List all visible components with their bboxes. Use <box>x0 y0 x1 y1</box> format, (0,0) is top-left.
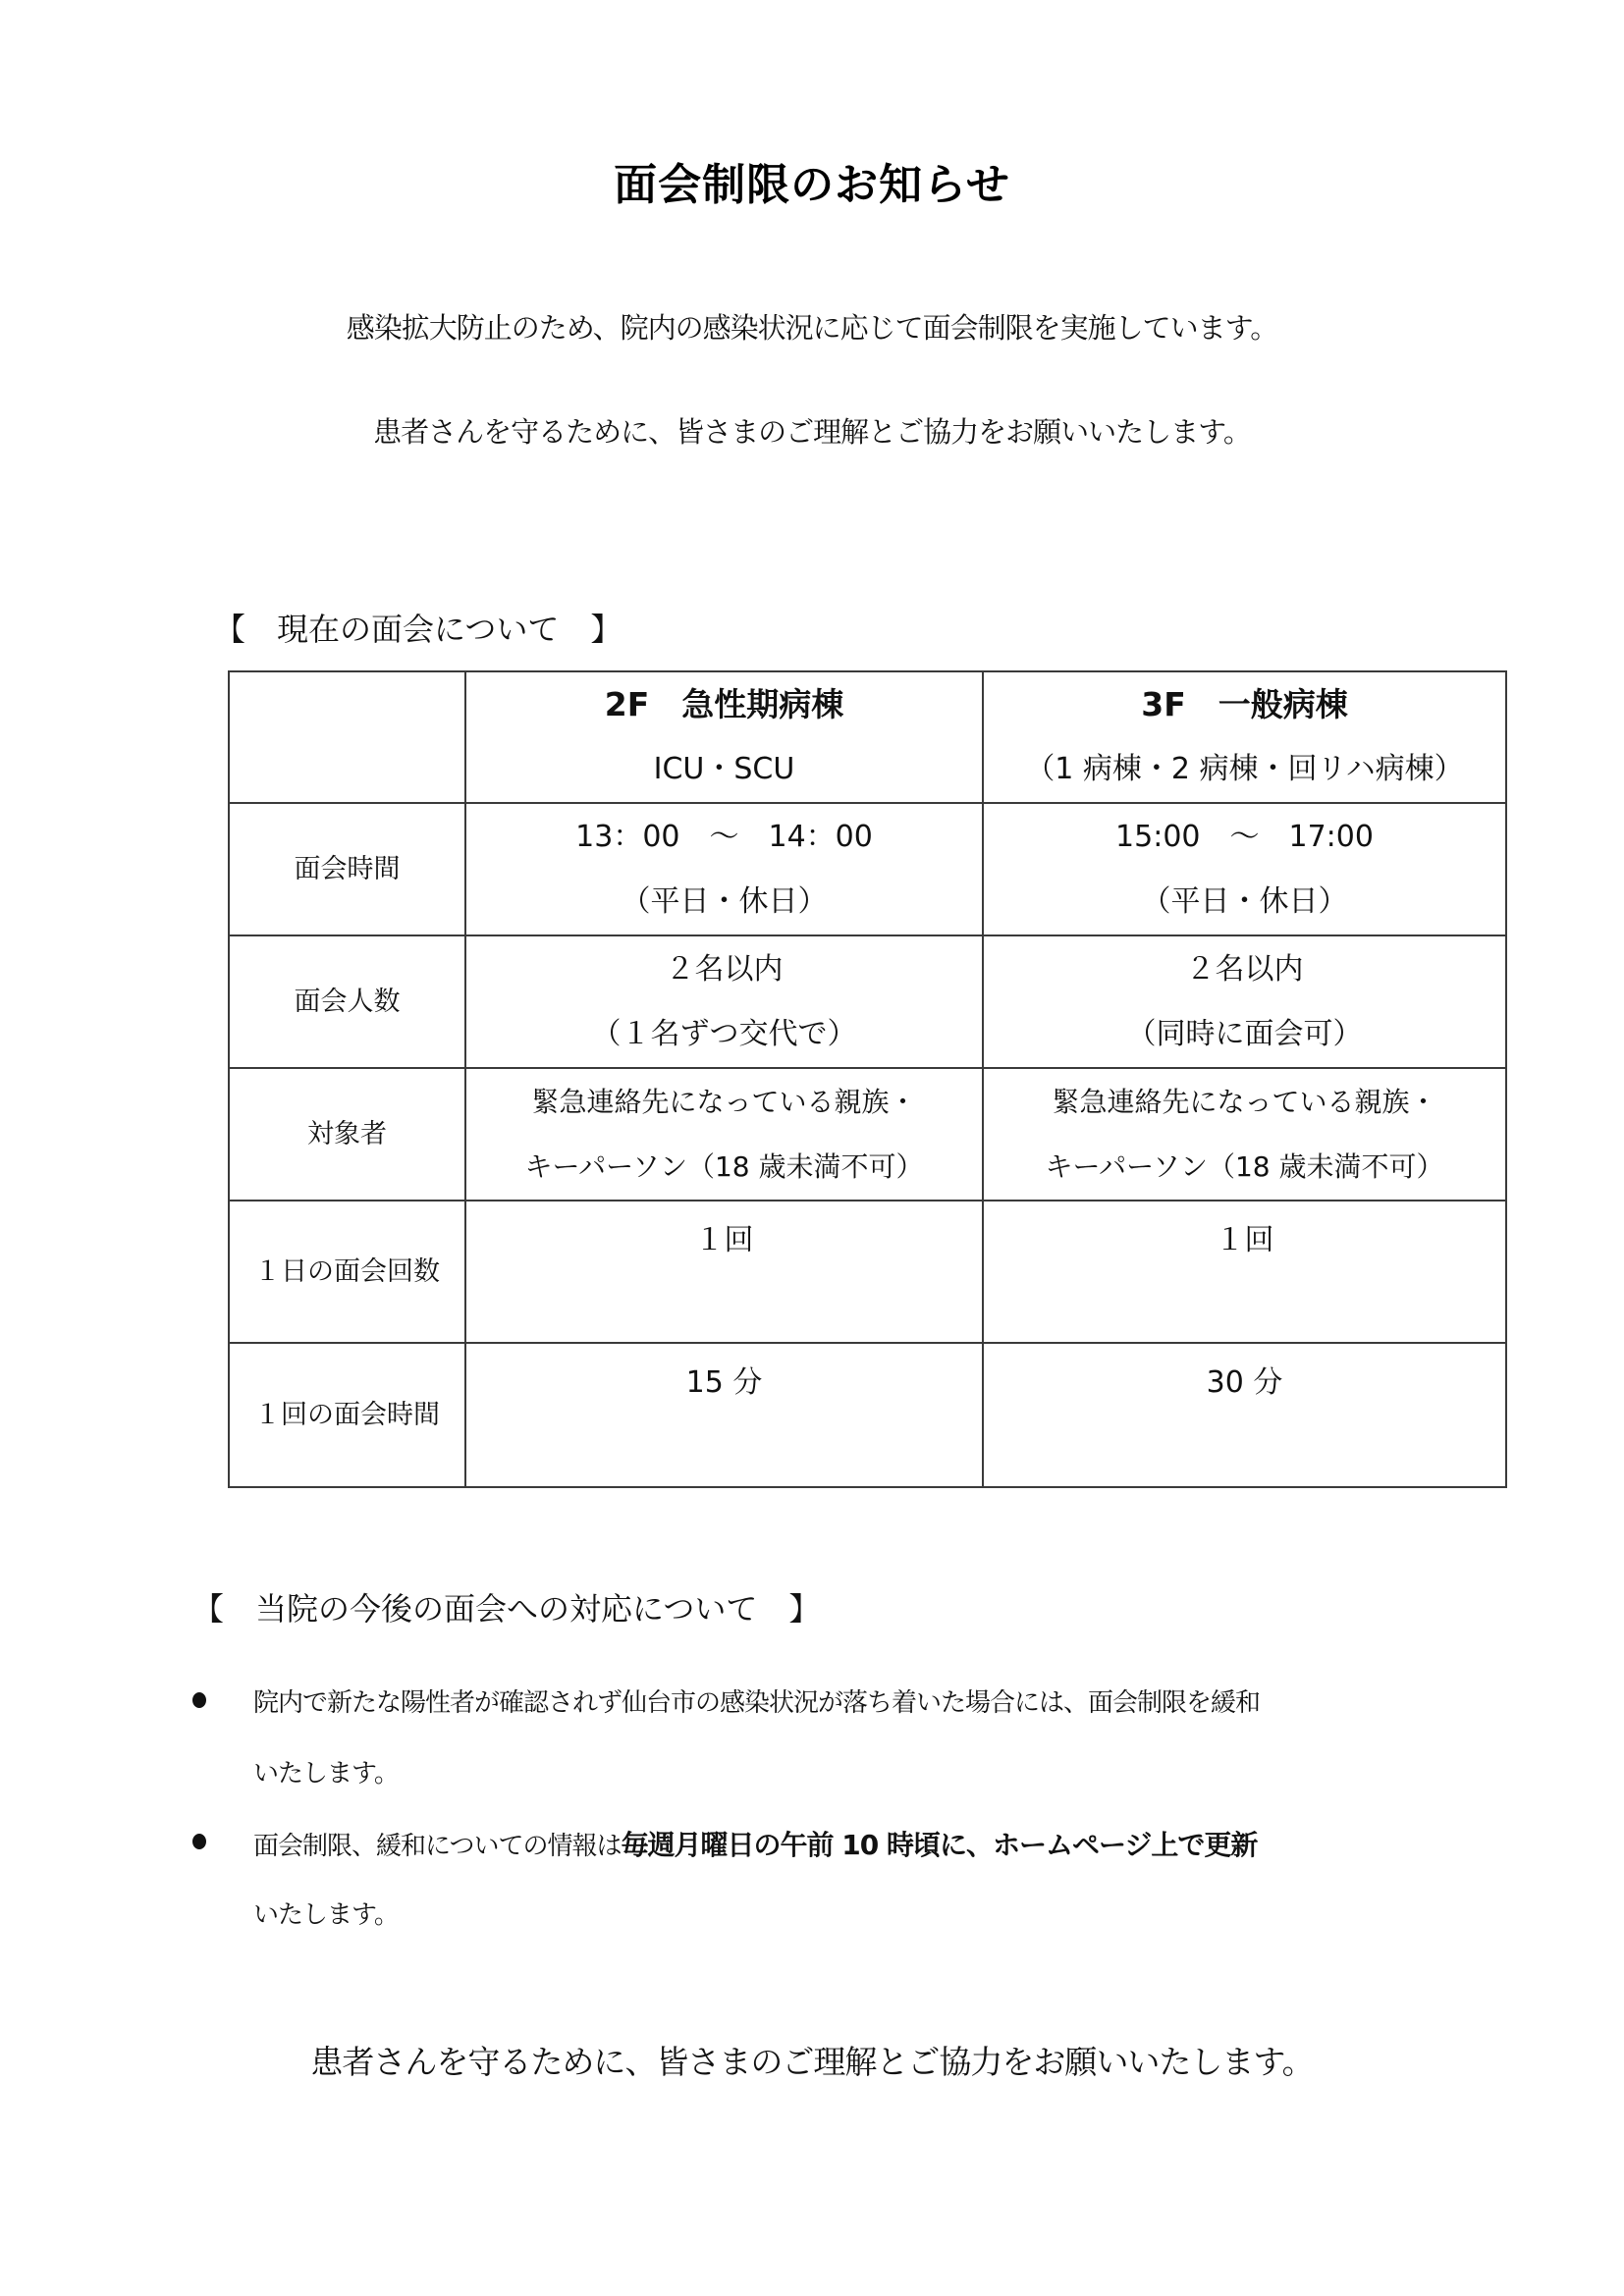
table-cell: 15 分 <box>465 1343 983 1487</box>
table-cell: ２名以内 （同時に面会可） <box>983 935 1506 1068</box>
table-cell: １回 <box>983 1201 1506 1343</box>
column-subtitle: ICU・SCU <box>466 737 982 802</box>
column-title: 3F 一般病棟 <box>984 672 1505 737</box>
table-cell: ２名以内 （１名ずつ交代で） <box>465 935 983 1068</box>
table-row: 面会人数 ２名以内 （１名ずつ交代で） ２名以内 （同時に面会可） <box>229 935 1506 1068</box>
column-subtitle: （1 病棟・2 病棟・回リハ病棟） <box>984 737 1505 802</box>
cell-line: １回 <box>466 1221 982 1260</box>
bullet-line-2: いたします。 <box>253 1895 399 1931</box>
row-label: １日の面会回数 <box>229 1201 465 1343</box>
current-visits-heading: 【 現在の面会について 】 <box>214 605 622 650</box>
policy-bullet: 面会制限、緩和についての情報は毎週月曜日の午前 10 時頃に、ホームページ上で更… <box>192 1824 1469 1942</box>
page-title: 面会制限のお知らせ <box>0 149 1624 212</box>
table-cell: 緊急連絡先になっている親族・ キーパーソン（18 歳未満不可） <box>983 1068 1506 1201</box>
cell-line: ２名以内 <box>466 937 982 1002</box>
table-corner-cell <box>229 671 465 803</box>
row-label: １回の面会時間 <box>229 1343 465 1487</box>
table-row: １日の面会回数 １回 １回 <box>229 1201 1506 1343</box>
bullet-line-2: いたします。 <box>253 1753 399 1789</box>
intro-line-1: 感染拡大防止のため、院内の感染状況に応じて面会制限を実施しています。 <box>0 306 1624 347</box>
table-cell: 緊急連絡先になっている親族・ キーパーソン（18 歳未満不可） <box>465 1068 983 1201</box>
cell-line: 13：00 ～ 14：00 <box>466 805 982 870</box>
cell-line: （同時に面会可） <box>984 1002 1505 1067</box>
column-header-3f: 3F 一般病棟 （1 病棟・2 病棟・回リハ病棟） <box>983 671 1506 803</box>
table-cell: 13：00 ～ 14：00 （平日・休日） <box>465 803 983 935</box>
intro-line-2: 患者さんを守るために、皆さまのご理解とご協力をお願いいたします。 <box>0 410 1624 451</box>
cell-line: （平日・休日） <box>984 870 1505 934</box>
column-header-2f: 2F 急性期病棟 ICU・SCU <box>465 671 983 803</box>
row-label: 対象者 <box>229 1068 465 1201</box>
table-header-row: 2F 急性期病棟 ICU・SCU 3F 一般病棟 （1 病棟・2 病棟・回リハ病… <box>229 671 1506 803</box>
cell-line: キーパーソン（18 歳未満不可） <box>984 1135 1505 1200</box>
table-row: 面会時間 13：00 ～ 14：00 （平日・休日） 15:00 ～ 17:00… <box>229 803 1506 935</box>
policy-bullet: 院内で新たな陽性者が確認されず仙台市の感染状況が落ち着いた場合には、面会制限を緩… <box>192 1682 1469 1800</box>
cell-line: （平日・休日） <box>466 870 982 934</box>
cell-line: （１名ずつ交代で） <box>466 1002 982 1067</box>
table-cell: 15:00 ～ 17:00 （平日・休日） <box>983 803 1506 935</box>
table-cell: １回 <box>465 1201 983 1343</box>
table-row: 対象者 緊急連絡先になっている親族・ キーパーソン（18 歳未満不可） 緊急連絡… <box>229 1068 1506 1201</box>
bullet-icon <box>192 1834 206 1849</box>
bullet-line-1: 院内で新たな陽性者が確認されず仙台市の感染状況が落ち着いた場合には、面会制限を緩… <box>253 1682 1260 1719</box>
policy-heading: 【 当院の今後の面会への対応について 】 <box>192 1584 820 1629</box>
table-row: １回の面会時間 15 分 30 分 <box>229 1343 1506 1487</box>
cell-line: 緊急連絡先になっている親族・ <box>984 1070 1505 1135</box>
column-title: 2F 急性期病棟 <box>466 672 982 737</box>
closing-message: 患者さんを守るために、皆さまのご理解とご協力をお願いいたします。 <box>0 2037 1624 2083</box>
cell-line: 15:00 ～ 17:00 <box>984 805 1505 870</box>
bullet-icon <box>192 1692 206 1708</box>
table-cell: 30 分 <box>983 1343 1506 1487</box>
bullet-line-1: 面会制限、緩和についての情報は毎週月曜日の午前 10 時頃に、ホームページ上で更… <box>253 1824 1257 1863</box>
cell-line: ２名以内 <box>984 937 1505 1002</box>
row-label: 面会人数 <box>229 935 465 1068</box>
cell-line: 15 分 <box>466 1363 982 1403</box>
cell-line: 30 分 <box>984 1363 1505 1403</box>
cell-line: キーパーソン（18 歳未満不可） <box>466 1135 982 1200</box>
cell-line: 緊急連絡先になっている親族・ <box>466 1070 982 1135</box>
visitation-table: 2F 急性期病棟 ICU・SCU 3F 一般病棟 （1 病棟・2 病棟・回リハ病… <box>228 670 1507 1488</box>
row-label: 面会時間 <box>229 803 465 935</box>
cell-line: １回 <box>984 1221 1505 1260</box>
